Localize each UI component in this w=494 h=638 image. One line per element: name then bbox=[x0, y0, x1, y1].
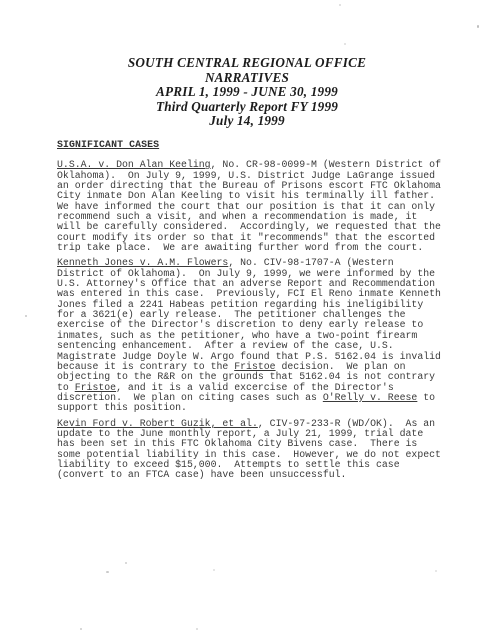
scan-speck bbox=[125, 562, 127, 564]
case-citation-keeling: U.S.A. v. Don Alan Keeling bbox=[57, 159, 211, 170]
scan-speck bbox=[339, 4, 341, 6]
case-citation-jones: Kenneth Jones v. A.M. Flowers bbox=[57, 257, 228, 268]
document-body: SIGNIFICANT CASES U.S.A. v. Don Alan Kee… bbox=[57, 140, 447, 481]
header-line-report: Third Quarterly Report FY 1999 bbox=[0, 100, 494, 115]
case-citation-fristoe-2: Fristoe bbox=[75, 382, 116, 393]
scan-speck bbox=[477, 25, 479, 28]
case-citation-fristoe-1: Fristoe bbox=[234, 361, 275, 372]
case-paragraph-jones: Kenneth Jones v. A.M. Flowers, No. CIV-9… bbox=[57, 258, 447, 413]
scan-speck bbox=[344, 43, 346, 45]
case-text-ford: , CIV-97-233-R (WD/OK). As an update to … bbox=[57, 418, 441, 481]
scan-speck bbox=[435, 570, 437, 572]
case-paragraph-ford: Kevin Ford v. Robert Guzik, et al., CIV-… bbox=[57, 419, 447, 481]
header-line-narratives: NARRATIVES bbox=[0, 71, 494, 86]
section-heading: SIGNIFICANT CASES bbox=[57, 140, 447, 150]
scan-speck bbox=[25, 315, 27, 317]
section-heading-text: SIGNIFICANT CASES bbox=[57, 139, 159, 150]
document-header: SOUTH CENTRAL REGIONAL OFFICE NARRATIVES… bbox=[0, 0, 494, 129]
case-citation-orelly: O'Relly v. Reese bbox=[323, 392, 418, 403]
header-line-period: APRIL 1, 1999 - JUNE 30, 1999 bbox=[0, 85, 494, 100]
case-paragraph-keeling: U.S.A. v. Don Alan Keeling, No. CR-98-00… bbox=[57, 160, 447, 253]
scan-speck bbox=[196, 628, 198, 630]
case-text-jones-1: , No. CIV-98-1707-A (Western District of… bbox=[57, 257, 441, 371]
scan-speck bbox=[80, 628, 82, 630]
scanned-document-page: SOUTH CENTRAL REGIONAL OFFICE NARRATIVES… bbox=[0, 0, 494, 638]
scan-speck bbox=[213, 569, 215, 571]
scan-speck bbox=[106, 571, 109, 573]
header-line-office: SOUTH CENTRAL REGIONAL OFFICE bbox=[0, 56, 494, 71]
header-line-date: July 14, 1999 bbox=[0, 114, 494, 129]
case-text-keeling: , No. CR-98-0099-M (Western District of … bbox=[57, 159, 441, 253]
case-citation-ford: Kevin Ford v. Robert Guzik, et al. bbox=[57, 418, 258, 429]
